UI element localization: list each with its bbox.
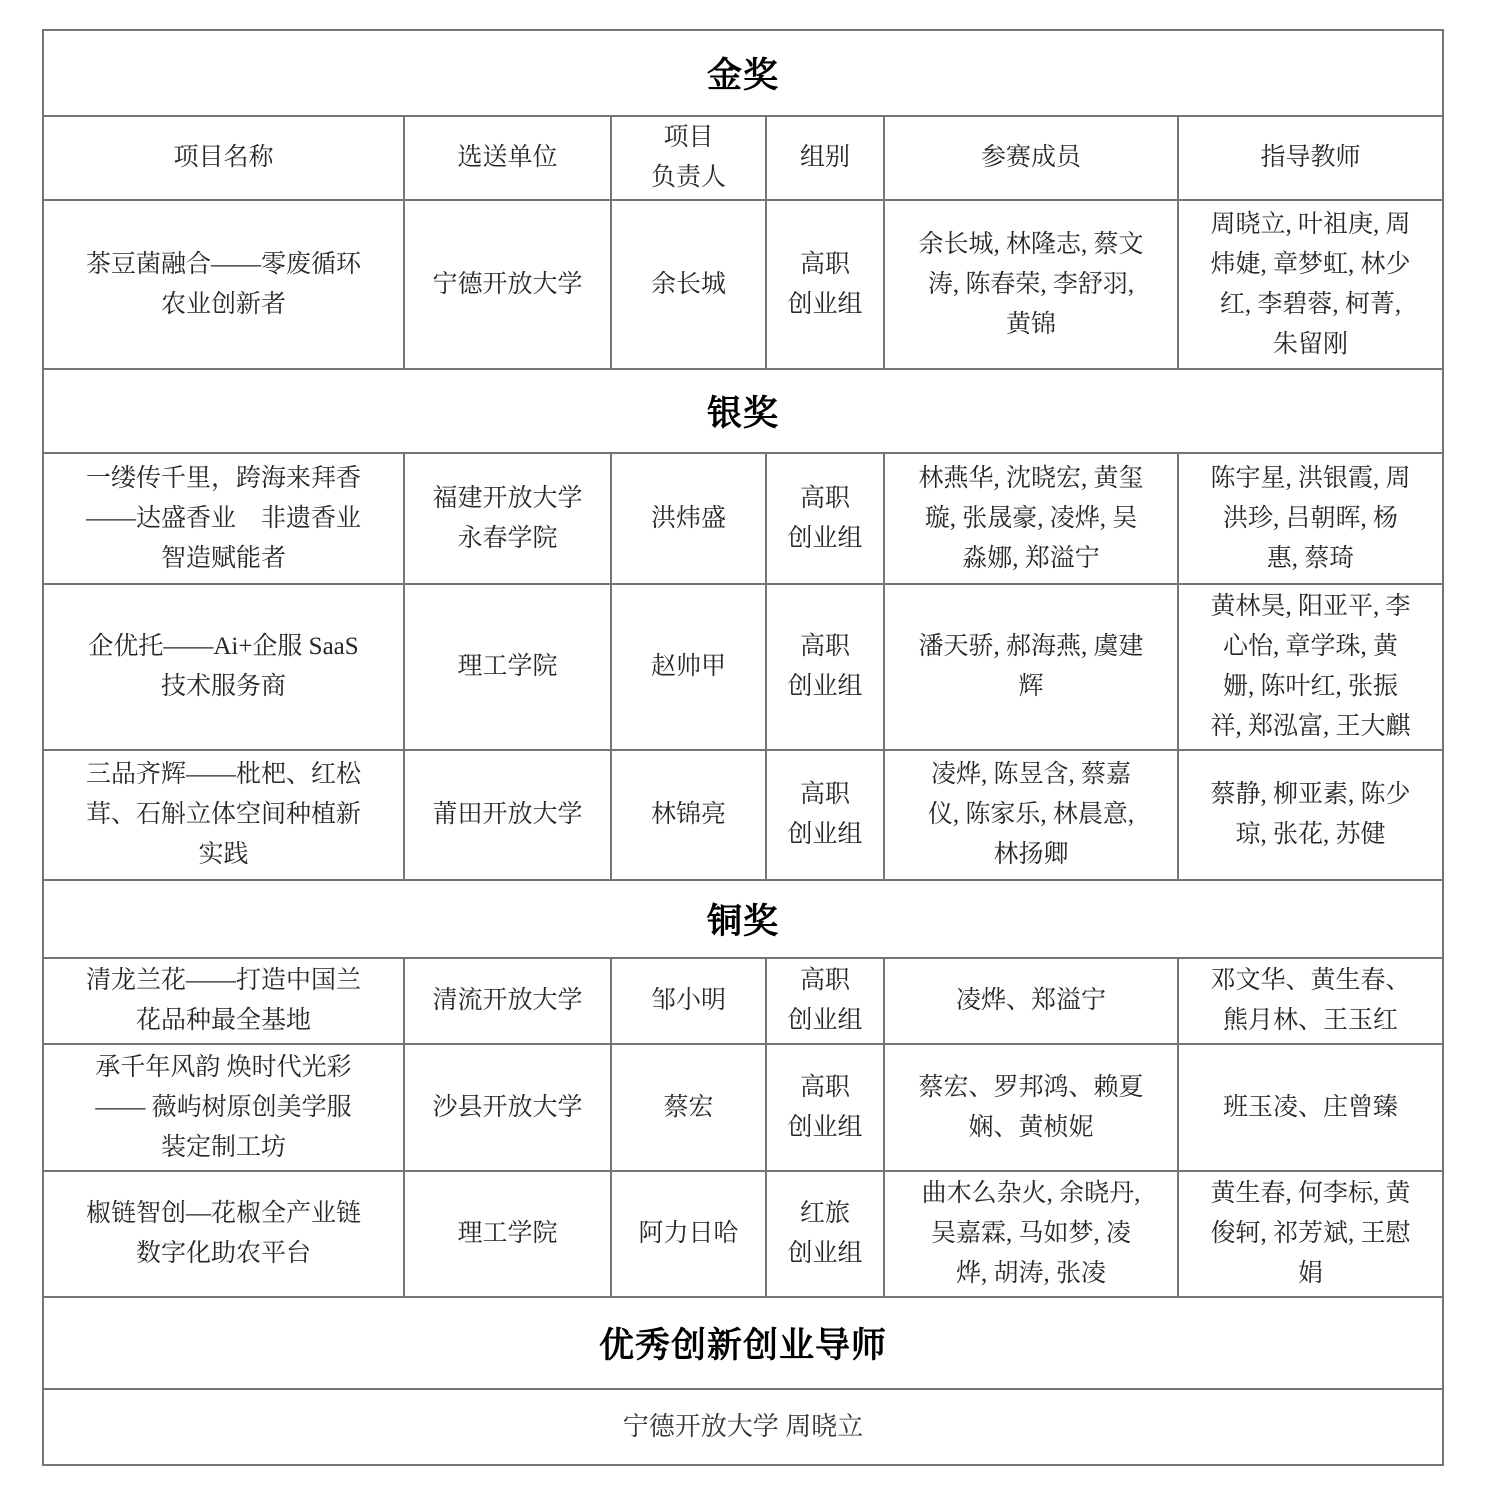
unit-cell: 清流开放大学 bbox=[404, 958, 611, 1044]
column-header: 项目 负责人 bbox=[611, 116, 766, 200]
unit-cell: 理工学院 bbox=[404, 584, 611, 750]
teachers-cell: 周晓立, 叶祖庚, 周 炜婕, 章梦虹, 林少 红, 李碧蓉, 柯菁, 朱留刚 bbox=[1178, 200, 1443, 369]
unit-cell: 莆田开放大学 bbox=[404, 750, 611, 880]
leader-cell: 蔡宏 bbox=[611, 1044, 766, 1171]
project-cell: 椒链智创—花椒全产业链 数字化助农平台 bbox=[43, 1171, 404, 1297]
column-header: 指导教师 bbox=[1178, 116, 1443, 200]
project-cell: 一缕传千里，跨海来拜香 ——达盛香业 非遗香业 智造赋能者 bbox=[43, 453, 404, 584]
group-cell: 高职 创业组 bbox=[766, 1044, 884, 1171]
project-cell: 承千年风韵 焕时代光彩 —— 薇屿树原创美学服 装定制工坊 bbox=[43, 1044, 404, 1171]
group-cell: 高职 创业组 bbox=[766, 453, 884, 584]
section-band-row: 银奖 bbox=[43, 369, 1443, 453]
project-cell: 清龙兰花——打造中国兰 花品种最全基地 bbox=[43, 958, 404, 1044]
teachers-cell: 邓文华、黄生春、 熊月林、王玉红 bbox=[1178, 958, 1443, 1044]
leader-cell: 邹小明 bbox=[611, 958, 766, 1044]
group-cell: 红旅 创业组 bbox=[766, 1171, 884, 1297]
section-band-row: 优秀创新创业导师 bbox=[43, 1297, 1443, 1389]
award-row: 一缕传千里，跨海来拜香 ——达盛香业 非遗香业 智造赋能者福建开放大学 永春学院… bbox=[43, 453, 1443, 584]
column-header: 选送单位 bbox=[404, 116, 611, 200]
column-header: 项目名称 bbox=[43, 116, 404, 200]
section-title: 优秀创新创业导师 bbox=[43, 1297, 1443, 1389]
teachers-cell: 蔡静, 柳亚素, 陈少 琼, 张花, 苏健 bbox=[1178, 750, 1443, 880]
unit-cell: 沙县开放大学 bbox=[404, 1044, 611, 1171]
project-cell: 三品齐辉——枇杷、红松 茸、石斛立体空间种植新 实践 bbox=[43, 750, 404, 880]
members-cell: 凌烨, 陈昱含, 蔡嘉 仪, 陈家乐, 林晨意, 林扬卿 bbox=[884, 750, 1178, 880]
members-cell: 潘天骄, 郝海燕, 虞建 辉 bbox=[884, 584, 1178, 750]
members-cell: 蔡宏、罗邦鸿、赖夏 娴、黄桢妮 bbox=[884, 1044, 1178, 1171]
column-header: 组别 bbox=[766, 116, 884, 200]
awards-table: 金奖项目名称选送单位项目 负责人组别参赛成员指导教师茶豆菌融合——零废循环 农业… bbox=[42, 29, 1444, 1466]
teachers-cell: 黄林昊, 阳亚平, 李 心怡, 章学珠, 黄 姗, 陈叶红, 张振 祥, 郑泓富… bbox=[1178, 584, 1443, 750]
members-cell: 林燕华, 沈晓宏, 黄玺 璇, 张晟豪, 凌烨, 吴 淼娜, 郑溢宁 bbox=[884, 453, 1178, 584]
teachers-cell: 陈宇星, 洪银霞, 周 洪珍, 吕朝晖, 杨 惠, 蔡琦 bbox=[1178, 453, 1443, 584]
column-header-row: 项目名称选送单位项目 负责人组别参赛成员指导教师 bbox=[43, 116, 1443, 200]
teachers-cell: 黄生春, 何李标, 黄 俊轲, 祁芳斌, 王慰 娟 bbox=[1178, 1171, 1443, 1297]
project-cell: 企优托——Ai+企服 SaaS 技术服务商 bbox=[43, 584, 404, 750]
award-row: 清龙兰花——打造中国兰 花品种最全基地清流开放大学邹小明高职 创业组凌烨、郑溢宁… bbox=[43, 958, 1443, 1044]
award-row: 承千年风韵 焕时代光彩 —— 薇屿树原创美学服 装定制工坊沙县开放大学蔡宏高职 … bbox=[43, 1044, 1443, 1171]
members-cell: 凌烨、郑溢宁 bbox=[884, 958, 1178, 1044]
leader-cell: 阿力日哈 bbox=[611, 1171, 766, 1297]
section-title: 银奖 bbox=[43, 369, 1443, 453]
group-cell: 高职 创业组 bbox=[766, 958, 884, 1044]
group-cell: 高职 创业组 bbox=[766, 584, 884, 750]
mentor-note-row: 宁德开放大学 周晓立 bbox=[43, 1389, 1443, 1465]
leader-cell: 赵帅甲 bbox=[611, 584, 766, 750]
award-row: 企优托——Ai+企服 SaaS 技术服务商理工学院赵帅甲高职 创业组潘天骄, 郝… bbox=[43, 584, 1443, 750]
section-band-row: 金奖 bbox=[43, 30, 1443, 116]
unit-cell: 理工学院 bbox=[404, 1171, 611, 1297]
award-row: 椒链智创—花椒全产业链 数字化助农平台理工学院阿力日哈红旅 创业组曲木么杂火, … bbox=[43, 1171, 1443, 1297]
award-row: 茶豆菌融合——零废循环 农业创新者宁德开放大学余长城高职 创业组余长城, 林隆志… bbox=[43, 200, 1443, 369]
leader-cell: 余长城 bbox=[611, 200, 766, 369]
awards-table-body: 金奖项目名称选送单位项目 负责人组别参赛成员指导教师茶豆菌融合——零废循环 农业… bbox=[43, 30, 1443, 1465]
unit-cell: 宁德开放大学 bbox=[404, 200, 611, 369]
section-title: 金奖 bbox=[43, 30, 1443, 116]
section-title: 铜奖 bbox=[43, 880, 1443, 958]
section-band-row: 铜奖 bbox=[43, 880, 1443, 958]
leader-cell: 洪炜盛 bbox=[611, 453, 766, 584]
teachers-cell: 班玉凌、庄曾臻 bbox=[1178, 1044, 1443, 1171]
unit-cell: 福建开放大学 永春学院 bbox=[404, 453, 611, 584]
group-cell: 高职 创业组 bbox=[766, 200, 884, 369]
group-cell: 高职 创业组 bbox=[766, 750, 884, 880]
leader-cell: 林锦亮 bbox=[611, 750, 766, 880]
award-row: 三品齐辉——枇杷、红松 茸、石斛立体空间种植新 实践莆田开放大学林锦亮高职 创业… bbox=[43, 750, 1443, 880]
mentor-note: 宁德开放大学 周晓立 bbox=[43, 1389, 1443, 1465]
column-header: 参赛成员 bbox=[884, 116, 1178, 200]
project-cell: 茶豆菌融合——零废循环 农业创新者 bbox=[43, 200, 404, 369]
members-cell: 曲木么杂火, 余晓丹, 吴嘉霖, 马如梦, 凌 烨, 胡涛, 张凌 bbox=[884, 1171, 1178, 1297]
members-cell: 余长城, 林隆志, 蔡文 涛, 陈春荣, 李舒羽, 黄锦 bbox=[884, 200, 1178, 369]
